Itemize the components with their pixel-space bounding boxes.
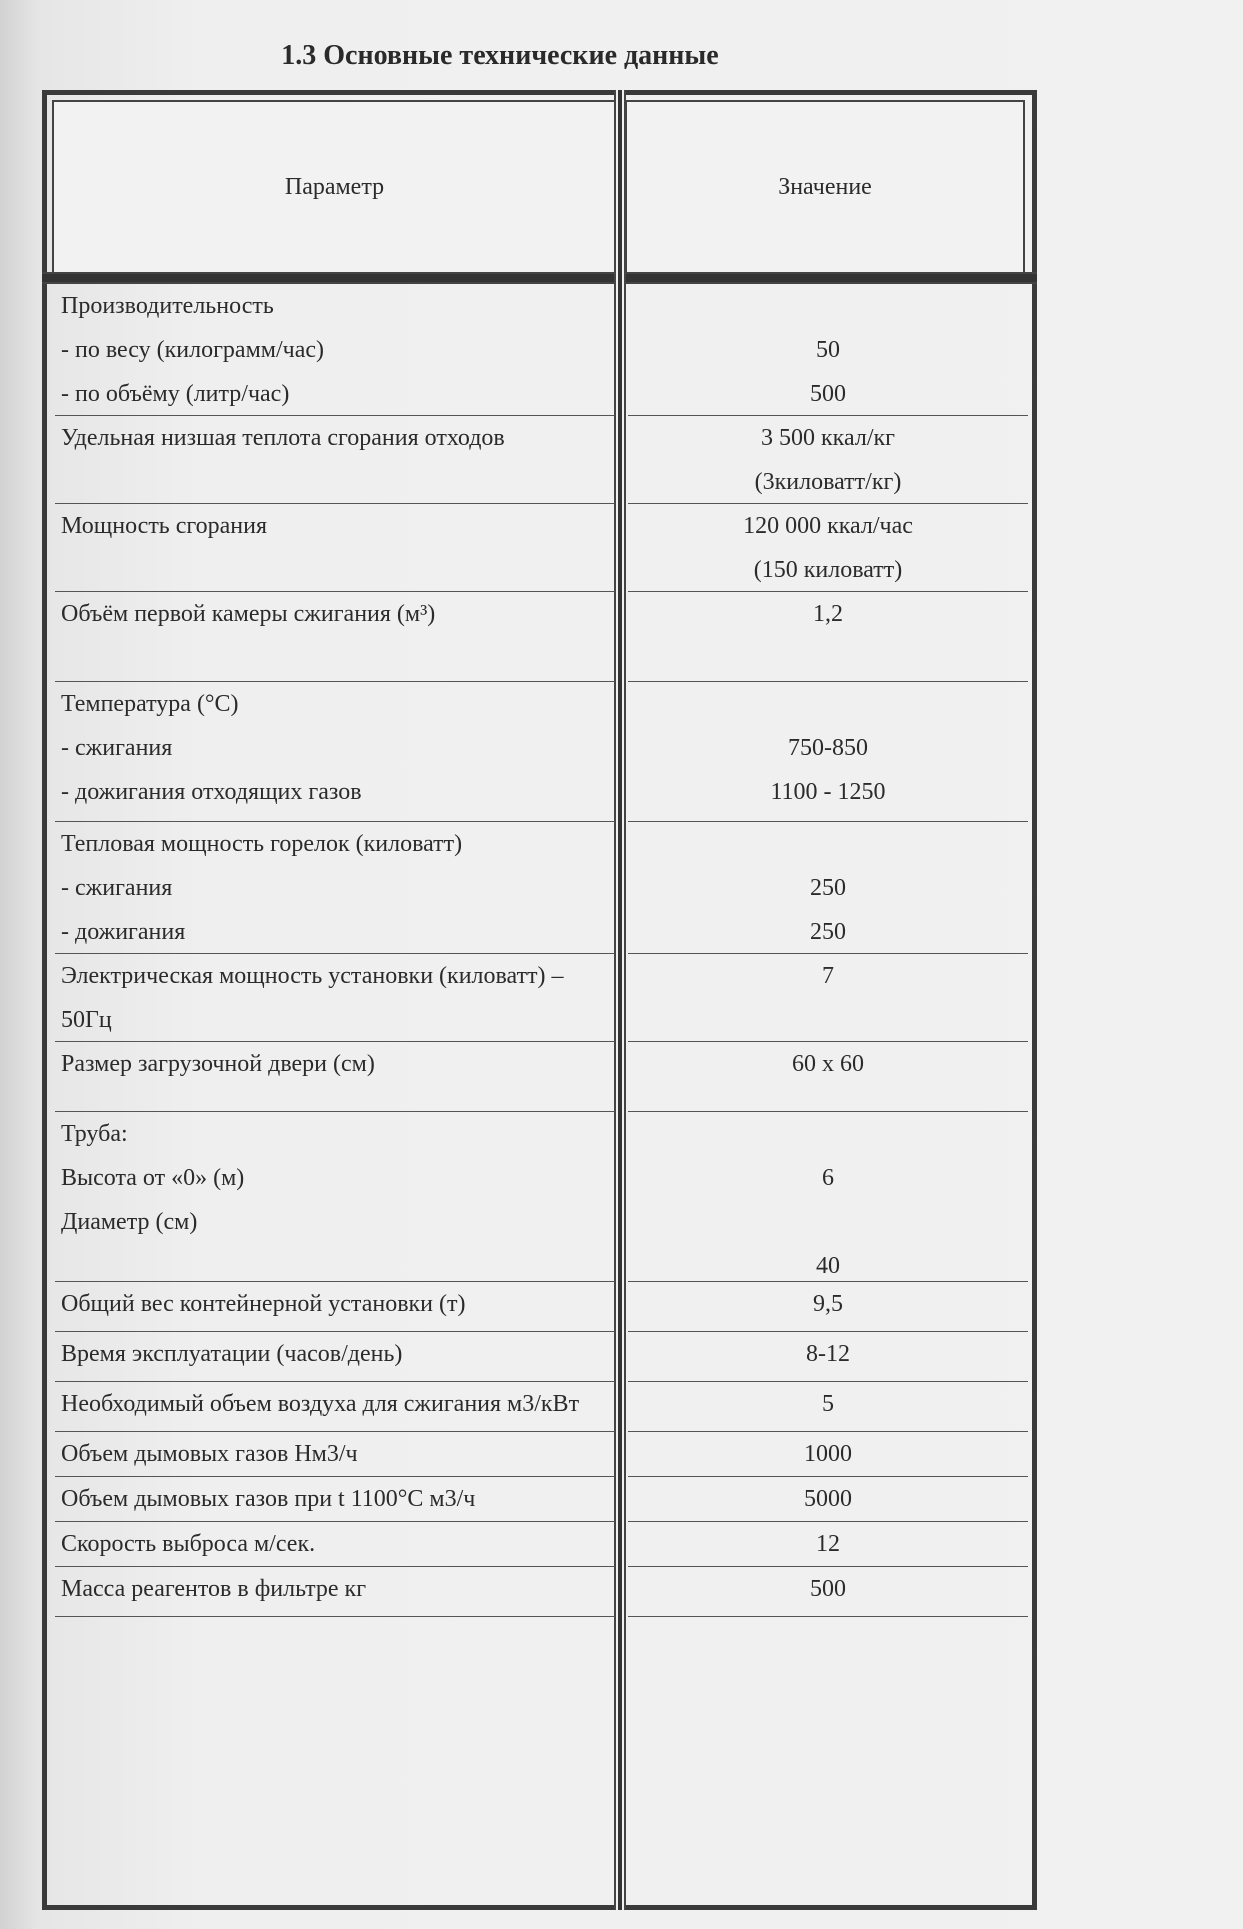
table-row-param: Удельная низшая теплота сгорания отходов: [55, 416, 615, 504]
value-text: 120 000 ккал/час: [628, 504, 1028, 548]
param-text: Объём первой камеры сжигания (м³): [61, 592, 615, 636]
value-text: 9,5: [628, 1282, 1028, 1326]
value-text: 250: [628, 910, 1028, 954]
table-row-param: Необходимый объем воздуха для сжигания м…: [55, 1382, 615, 1432]
table-row-value: 50500: [628, 284, 1028, 416]
column-divider: [614, 90, 626, 1910]
table-row-param: Производительность - по весу (килограмм/…: [55, 284, 615, 416]
table-row-value: 500: [628, 1567, 1028, 1617]
value-text: 50: [628, 328, 1028, 372]
table-row-value: 120 000 ккал/час(150 киловатт): [628, 504, 1028, 592]
param-column: Производительность - по весу (килограмм/…: [55, 284, 615, 1617]
param-text: - по объёму (литр/час): [61, 372, 615, 416]
param-text: Тепловая мощность горелок (киловатт): [61, 822, 615, 866]
table-row-param: Тепловая мощность горелок (киловатт) - с…: [55, 822, 615, 954]
value-text: [628, 1200, 1028, 1244]
param-text: Объем дымовых газов при t 1100°С м3/ч: [61, 1477, 615, 1521]
table-row-value: 5000: [628, 1477, 1028, 1522]
table-row-value: 12: [628, 1522, 1028, 1567]
table-row-value: 750-8501100 - 1250: [628, 682, 1028, 822]
value-text: [628, 822, 1028, 866]
value-text: [628, 1112, 1028, 1156]
param-text: Удельная низшая теплота сгорания отходов: [61, 416, 615, 460]
table-row-value: 250250: [628, 822, 1028, 954]
param-text: - дожигания: [61, 910, 615, 954]
table-row-param: Общий вес контейнерной установки (т): [55, 1282, 615, 1332]
value-text: 3 500 ккал/кг: [628, 416, 1028, 460]
table-row-value: 1000: [628, 1432, 1028, 1477]
value-text: [628, 284, 1028, 328]
value-text: (150 киловатт): [628, 548, 1028, 592]
table-row-value: 60 х 60: [628, 1042, 1028, 1112]
param-text: Масса реагентов в фильтре кг: [61, 1567, 615, 1611]
table-row-param: Скорость выброса м/сек.: [55, 1522, 615, 1567]
scanned-page: 1.3 Основные технические данные Параметр…: [0, 0, 1243, 1929]
param-text: Общий вес контейнерной установки (т): [61, 1282, 615, 1326]
table-row-param: Объем дымовых газов при t 1100°С м3/ч: [55, 1477, 615, 1522]
header-divider: [42, 272, 1037, 284]
header-param: Параметр: [52, 100, 617, 275]
param-text: Объем дымовых газов Нм3/ч: [61, 1432, 615, 1476]
table-row-value: 6 40: [628, 1112, 1028, 1282]
value-text: 1,2: [628, 592, 1028, 636]
value-text: (3киловатт/кг): [628, 460, 1028, 504]
section-title: 1.3 Основные технические данные: [0, 40, 1000, 72]
param-text: Температура (°С): [61, 682, 615, 726]
value-text: 60 х 60: [628, 1042, 1028, 1086]
value-text: 750-850: [628, 726, 1028, 770]
value-text: 250: [628, 866, 1028, 910]
param-text: Труба:: [61, 1112, 615, 1156]
table-row-value: 7: [628, 954, 1028, 1042]
value-column: 505003 500 ккал/кг(3киловатт/кг)120 000 …: [628, 284, 1028, 1617]
table-row-value: 5: [628, 1382, 1028, 1432]
value-text: 500: [628, 372, 1028, 416]
table-row-value: 8-12: [628, 1332, 1028, 1382]
value-text: 7: [628, 954, 1028, 998]
param-text: 50Гц: [61, 998, 615, 1042]
table-row-param: Масса реагентов в фильтре кг: [55, 1567, 615, 1617]
value-text: 1100 - 1250: [628, 770, 1028, 814]
table-row-param: Электрическая мощность установки (килова…: [55, 954, 615, 1042]
param-text: Диаметр (см): [61, 1200, 615, 1244]
table-row-value: 3 500 ккал/кг(3киловатт/кг): [628, 416, 1028, 504]
param-text: - сжигания: [61, 866, 615, 910]
value-text: 500: [628, 1567, 1028, 1611]
table-row-param: Труба:Высота от «0» (м)Диаметр (см): [55, 1112, 615, 1282]
param-text: - по весу (килограмм/час): [61, 328, 615, 372]
param-text: Размер загрузочной двери (см): [61, 1042, 615, 1086]
value-text: 1000: [628, 1432, 1028, 1476]
header-param-col: Параметр: [52, 100, 617, 275]
table-row-param: Мощность сгорания: [55, 504, 615, 592]
param-text: Скорость выброса м/сек.: [61, 1522, 615, 1566]
table-row-param: Объём первой камеры сжигания (м³): [55, 592, 615, 682]
param-text: Время эксплуатации (часов/день): [61, 1332, 615, 1376]
table-row-param: Температура (°С) - сжигания - дожигания …: [55, 682, 615, 822]
value-text: 12: [628, 1522, 1028, 1566]
param-text: Электрическая мощность установки (килова…: [61, 954, 615, 998]
table-row-param: Размер загрузочной двери (см): [55, 1042, 615, 1112]
param-text: - сжигания: [61, 726, 615, 770]
value-text: 6: [628, 1156, 1028, 1200]
param-text: Высота от «0» (м): [61, 1156, 615, 1200]
table-row-param: Объем дымовых газов Нм3/ч: [55, 1432, 615, 1477]
value-text: [628, 682, 1028, 726]
param-text: - дожигания отходящих газов: [61, 770, 615, 814]
table-row-value: 1,2: [628, 592, 1028, 682]
param-text: Производительность: [61, 284, 615, 328]
param-text: Мощность сгорания: [61, 504, 615, 548]
value-text: 5000: [628, 1477, 1028, 1521]
header-value-col: Значение: [625, 100, 1025, 275]
table-row-param: Время эксплуатации (часов/день): [55, 1332, 615, 1382]
value-text: 8-12: [628, 1332, 1028, 1376]
param-text: Необходимый объем воздуха для сжигания м…: [61, 1382, 615, 1426]
value-text: 5: [628, 1382, 1028, 1426]
header-value: Значение: [625, 100, 1025, 275]
table-row-value: 9,5: [628, 1282, 1028, 1332]
